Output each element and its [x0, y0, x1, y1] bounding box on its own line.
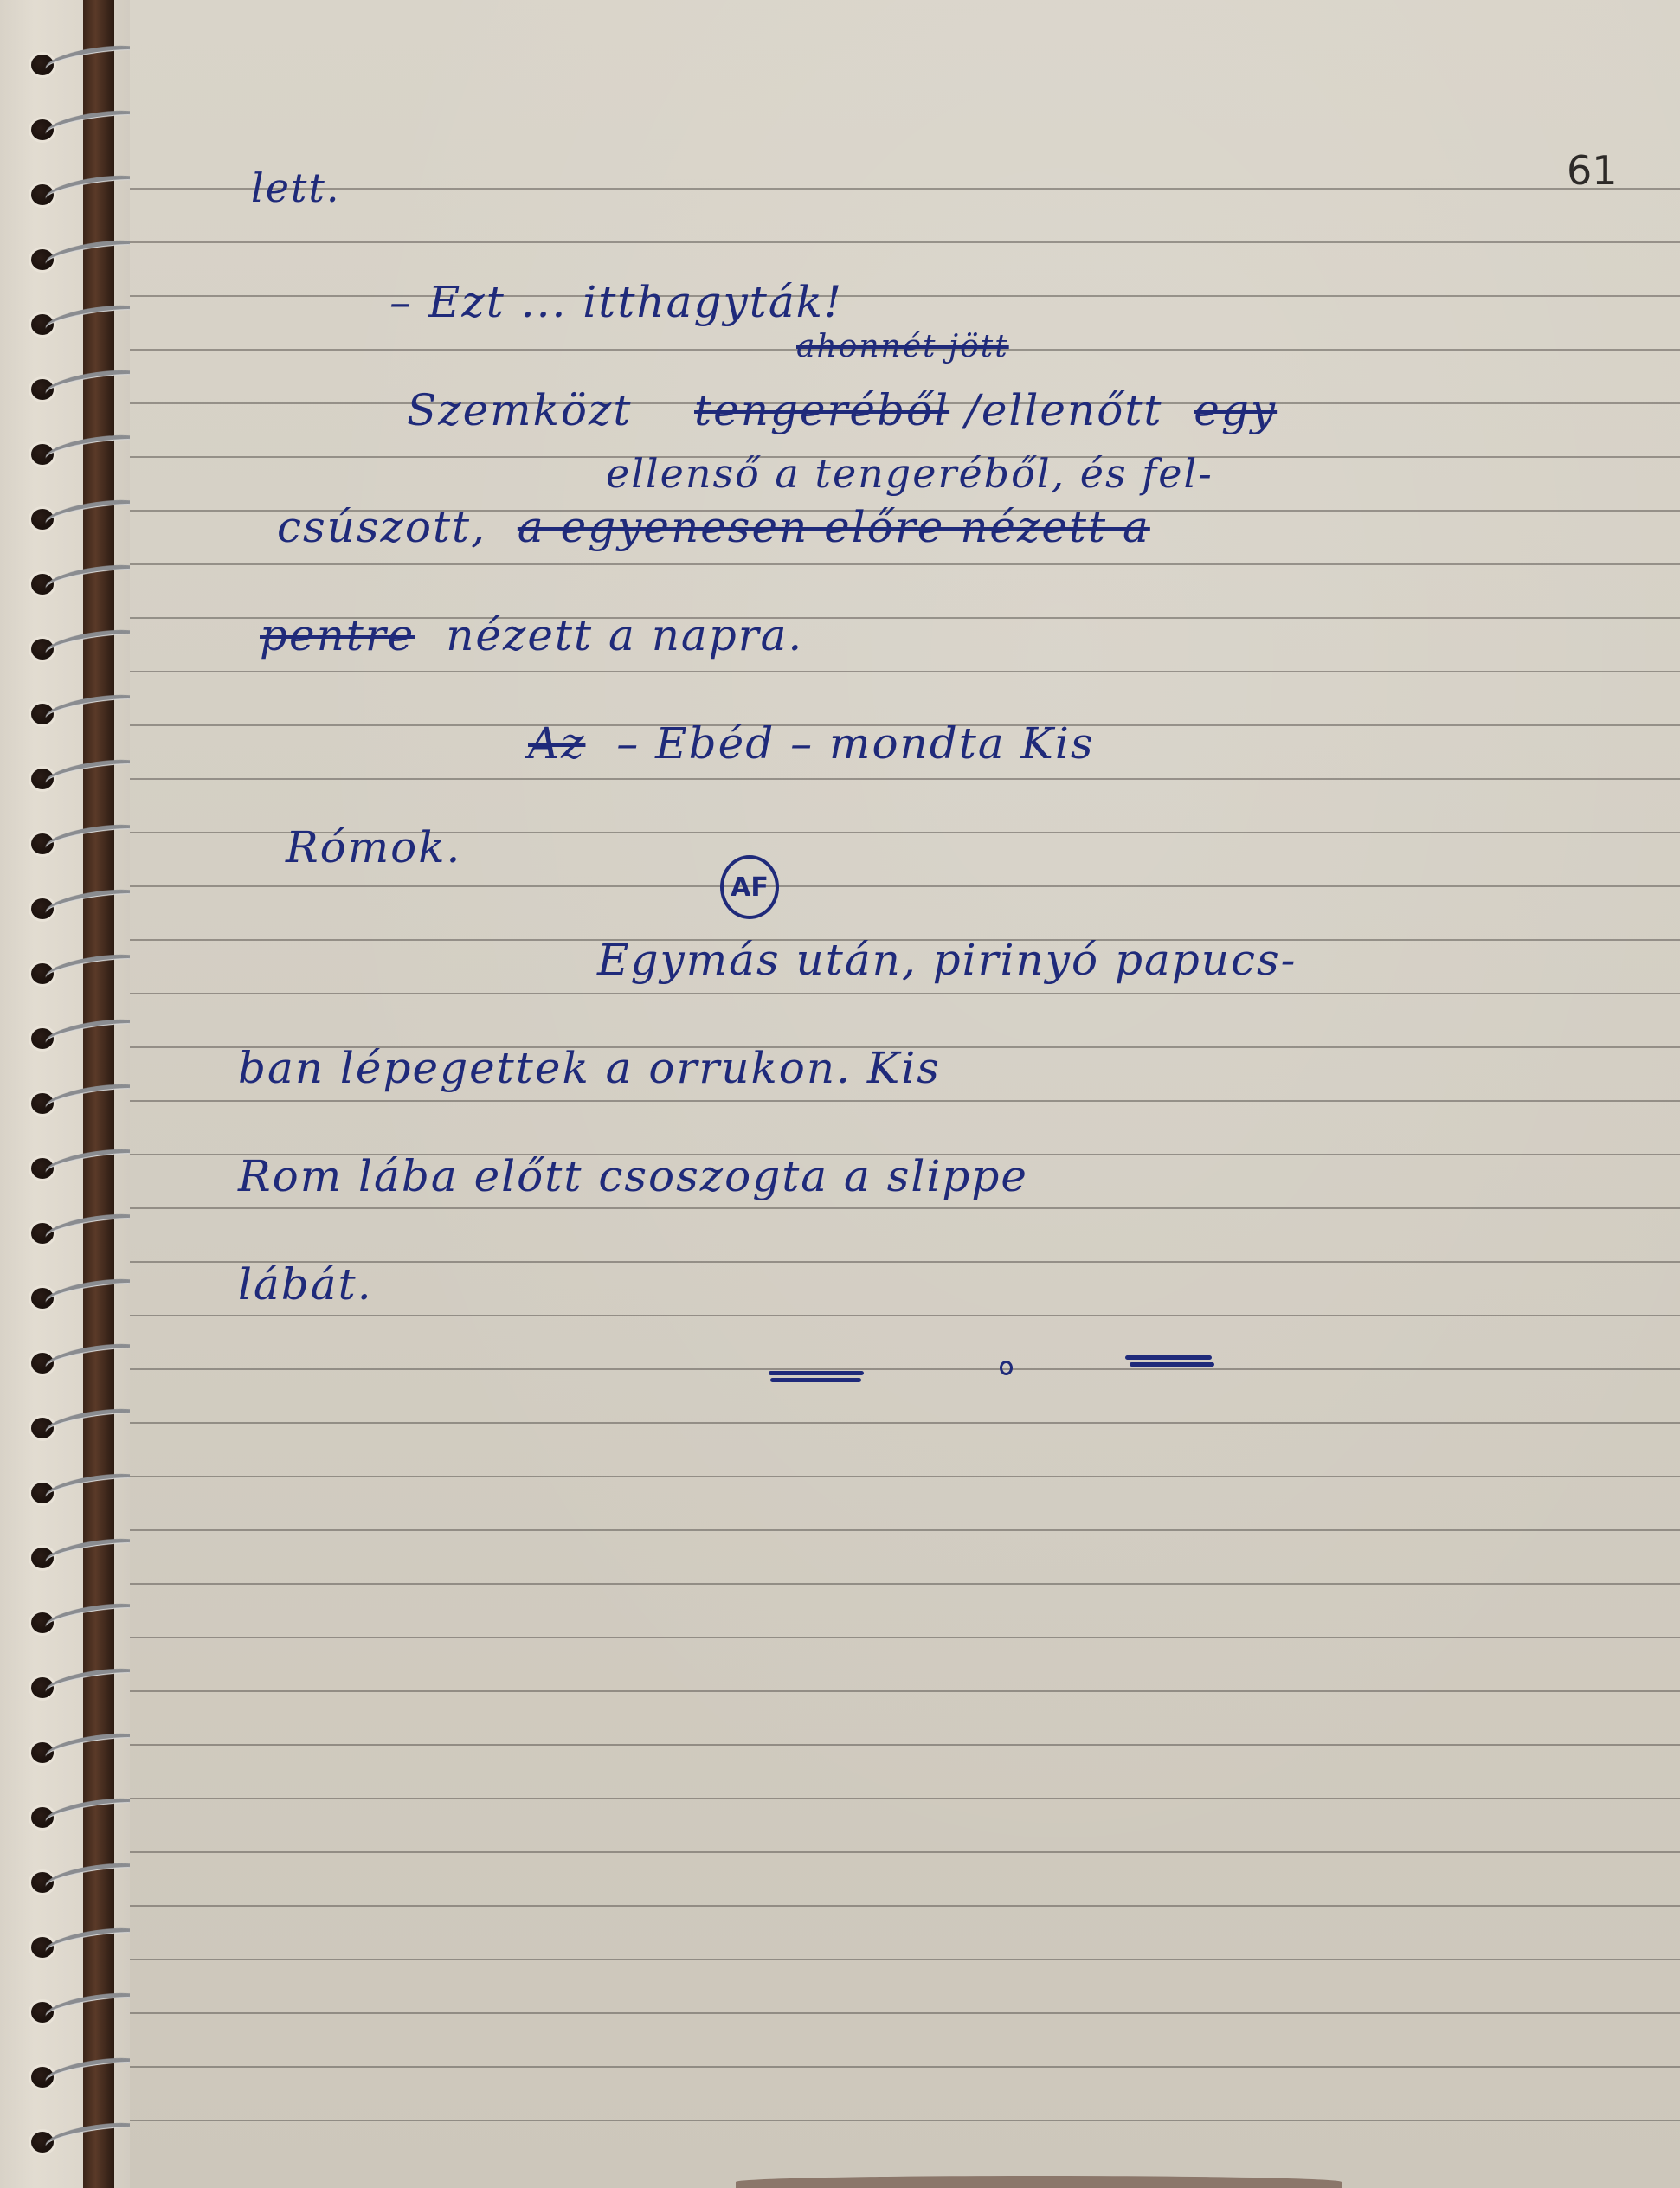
- line-5-text: nézett a napra.: [446, 610, 803, 660]
- page-bottom-shadow: [736, 2176, 1342, 2188]
- handwriting-line-6: Az – Ebéd – mondta Kis: [528, 718, 1095, 769]
- handwriting-line-1: lett.: [251, 164, 341, 211]
- word-csuszott: csúszott,: [277, 502, 486, 552]
- break-dot: [1000, 1361, 1013, 1375]
- handwriting-line-11: lábát.: [238, 1259, 373, 1310]
- struck-word: tengeréből: [694, 385, 949, 435]
- handwriting-line-4: csúszott, a egyenesen előre nézett a: [277, 502, 1150, 552]
- handwriting-insertion-struck: ahonnét jött: [796, 329, 1009, 364]
- handwriting-line-3: Szemközt tengeréből /ellenőtt egy: [407, 385, 1277, 435]
- break-dash: [769, 1371, 864, 1375]
- struck-phrase: a egyenesen előre nézett a: [518, 502, 1150, 552]
- word-szemkozt: Szemközt: [407, 385, 632, 435]
- break-dash: [770, 1378, 861, 1382]
- handwriting-line-7: Rómok.: [286, 822, 461, 872]
- handwriting-line-9: ban lépegettek a orrukon. Kis: [238, 1043, 941, 1093]
- break-dash: [1130, 1362, 1214, 1367]
- page-number: 61: [1567, 147, 1618, 194]
- break-dash: [1125, 1355, 1212, 1360]
- struck-word: Az: [528, 718, 585, 769]
- word-ellenott: /ellenőtt: [965, 385, 1163, 435]
- handwriting-line-2: – Ezt ... itthagyták!: [389, 277, 843, 327]
- handwriting-line-8: Egymás után, pirinyó papucs-: [597, 935, 1297, 985]
- line-6-text: – Ebéd – mondta Kis: [616, 718, 1094, 769]
- handwriting-line-10: Rom lába előtt csoszogta a slippe: [238, 1151, 1028, 1201]
- handwriting-line-4a: ellenső a tengeréből, és fel-: [606, 450, 1213, 497]
- struck-word: pentre: [260, 610, 415, 660]
- handwriting-line-5: pentre nézett a napra.: [260, 610, 803, 660]
- af-monogram-mark: AF: [720, 855, 779, 919]
- struck-word: egy: [1194, 385, 1277, 435]
